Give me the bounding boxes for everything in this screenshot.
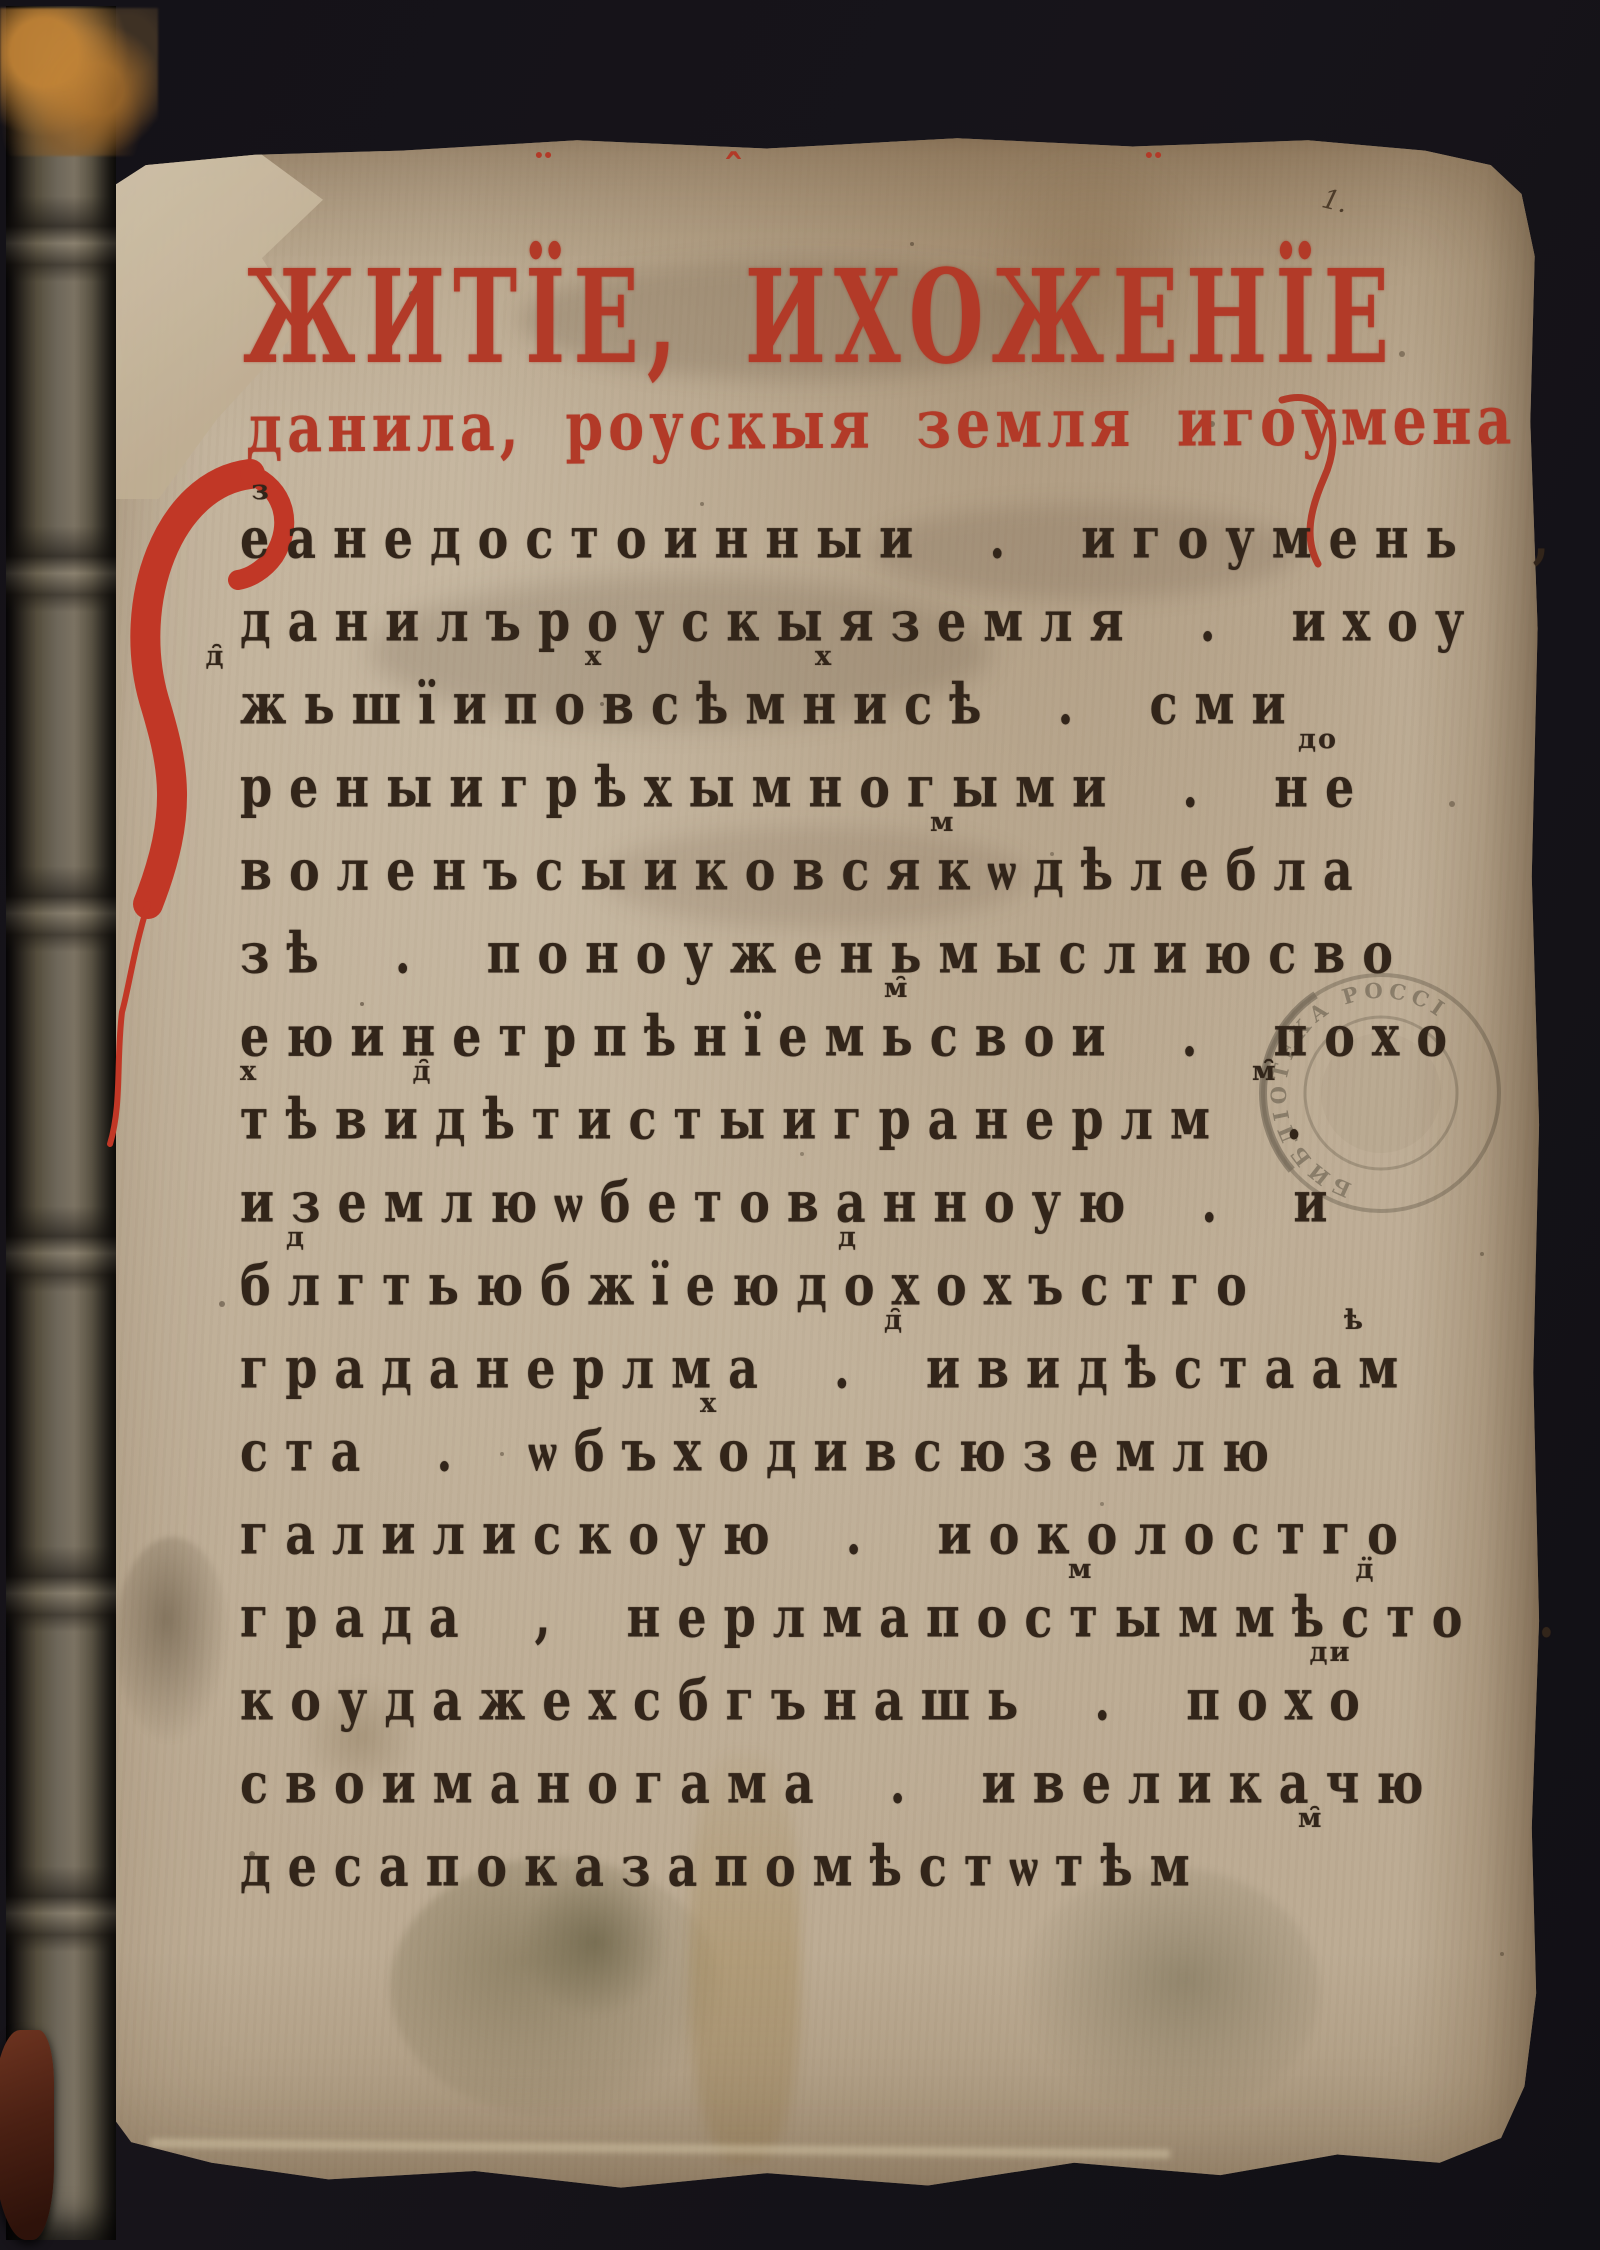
superscript-mark: х (700, 1388, 718, 1419)
superscript-mark: з (252, 475, 271, 506)
text-line: десапоказапомѣстѡтѣм (240, 1833, 1207, 1899)
binding-frayed-headband (0, 8, 158, 156)
text-line: граданерлма . ивидѣстаам (240, 1335, 1415, 1401)
binding-band (6, 1866, 116, 1952)
superscript-mark: х (240, 1056, 258, 1087)
superscript-mark: х (815, 641, 833, 672)
text-line: воленъсыиковсякѡдѣлебла (240, 837, 1370, 903)
text-line: коудажехсбгънашь . похо (240, 1667, 1377, 1733)
text-line: данилъроускыяземля . ихоу (240, 588, 1481, 654)
superscript-mark: д̑ (413, 1056, 433, 1087)
text-line: галилискоую . иоколостго (240, 1501, 1415, 1567)
superscript-mark: х (585, 641, 603, 672)
binding-band (6, 196, 116, 282)
text-line: зѣ . поноуженьмыслиюсво (240, 920, 1410, 986)
body-text: еанедостоинныи . игоумень ,данилъроускыя… (240, 505, 1390, 1925)
title-diacritic-mark: ¨ (533, 146, 554, 195)
text-line: ста . ѡбъходивсюземлю (240, 1418, 1286, 1484)
title-diacritic-mark: ¨ (1143, 146, 1164, 195)
stain (115, 1537, 230, 1742)
text-line: града , нерлмапостыммѣсто . (240, 1584, 1571, 1650)
superscript-mark: д (838, 1222, 858, 1253)
superscript-mark: д̈ (1356, 1554, 1376, 1585)
text-line: блгтьюбжїеюдохохъстго (240, 1252, 1264, 1318)
title-line-1: ЖИТЇЕ, ИХОЖЕНЇЕ (243, 242, 1397, 394)
superscript-mark: д (286, 1222, 306, 1253)
text-line: реныигрѣхымногыми . не (240, 754, 1371, 820)
superscript-mark: д̑ (884, 1305, 904, 1336)
text-line: иземлюѡбетованноую . и (240, 1169, 1344, 1235)
text-line: еанедостоинныи . игоумень , (240, 505, 1566, 571)
title-diacritic-mark: ˆ (723, 146, 744, 195)
binding-band (6, 1206, 116, 1292)
text-line: своиманогама . ивеликачю (240, 1750, 1440, 1816)
superscript-mark: м̑ (884, 973, 909, 1004)
superscript-mark: д̑ (206, 641, 226, 672)
superscript-mark: м (1068, 1554, 1093, 1585)
superscript-mark: м̑ (1252, 1056, 1277, 1087)
superscript-mark: ѣ (1344, 1305, 1365, 1336)
superscript-mark: до (1298, 724, 1338, 755)
page-bottom-edge (150, 2139, 1170, 2159)
text-line: тѣвидѣтистыигранерлм . (240, 1086, 1319, 1152)
superscript-mark: ди (1310, 1637, 1352, 1668)
cover-leather-corner (0, 2030, 54, 2240)
superscript-mark: м̑ (1298, 1803, 1323, 1834)
binding-band (6, 1546, 116, 1632)
superscript-mark: м (930, 807, 955, 838)
manuscript-photo: 1. ЖИТЇЕ, ИХОЖЕНЇЕ данила, роускыя земля… (0, 0, 1600, 2250)
text-line: жьшїиповсѣмнисѣ . сми (240, 671, 1303, 737)
